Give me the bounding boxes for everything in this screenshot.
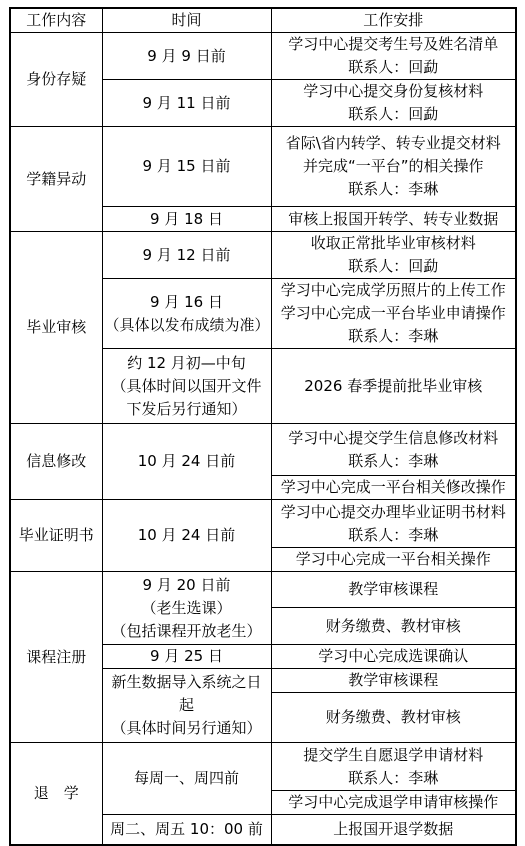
category-cell-info-modification: 信息修改 <box>10 424 102 500</box>
category-cell-identity-doubt: 身份存疑 <box>10 33 102 127</box>
category-cell-graduation-review: 毕业审核 <box>10 232 102 424</box>
time-cell: 9 月 16 日 （具体以发布成绩为准） <box>102 279 271 349</box>
time-cell: 9 月 18 日 <box>102 207 271 232</box>
task-cell: 上报国开退学数据 <box>271 815 516 845</box>
work-schedule-table: 工作内容 时间 工作安排 身份存疑 9 月 9 日前 学习中心提交考生号及姓名清… <box>9 7 517 846</box>
task-cell: 省际\省内转学、转专业提交材料 并完成“一平台”的相关操作 联系人：李琳 <box>271 127 516 207</box>
table-row: 退 学 每周一、周四前 提交学生自愿退学申请材料 联系人：李琳 <box>10 743 516 791</box>
table-row: 身份存疑 9 月 9 日前 学习中心提交考生号及姓名清单 联系人：回勐 <box>10 33 516 80</box>
task-cell: 学习中心提交考生号及姓名清单 联系人：回勐 <box>271 33 516 80</box>
task-cell: 财务缴费、教材审核 <box>271 608 516 645</box>
table-body: 工作内容 时间 工作安排 身份存疑 9 月 9 日前 学习中心提交考生号及姓名清… <box>10 8 516 845</box>
task-cell: 学习中心提交身份复核材料 联系人：回勐 <box>271 80 516 127</box>
header-cell-work-content: 工作内容 <box>10 8 102 33</box>
task-cell: 学习中心提交办理毕业证明书材料 联系人：李琳 <box>271 500 516 548</box>
time-cell: 约 12 月初—中旬 （具体时间以国开文件 下发后另行通知） <box>102 349 271 424</box>
table-header-row: 工作内容 时间 工作安排 <box>10 8 516 33</box>
time-cell: 10 月 24 日前 <box>102 500 271 572</box>
task-cell: 2026 春季提前批毕业审核 <box>271 349 516 424</box>
category-cell-withdrawal: 退 学 <box>10 743 102 845</box>
task-cell: 学习中心完成退学申请审核操作 <box>271 791 516 815</box>
task-cell: 学习中心完成一平台相关修改操作 <box>271 476 516 500</box>
time-cell: 新生数据导入系统之日 起 （具体时间另行通知） <box>102 669 271 743</box>
table-row: 毕业证明书 10 月 24 日前 学习中心提交办理毕业证明书材料 联系人：李琳 <box>10 500 516 548</box>
table-row: 学籍异动 9 月 15 日前 省际\省内转学、转专业提交材料 并完成“一平台”的… <box>10 127 516 207</box>
task-cell: 学习中心完成学历照片的上传工作 学习中心完成一平台毕业申请操作 联系人：李琳 <box>271 279 516 349</box>
time-cell: 9 月 9 日前 <box>102 33 271 80</box>
task-cell: 教学审核课程 <box>271 669 516 693</box>
task-cell: 收取正常批毕业审核材料 联系人：回勐 <box>271 232 516 279</box>
time-cell: 周二、周五 10：00 前 <box>102 815 271 845</box>
task-cell: 提交学生自愿退学申请材料 联系人：李琳 <box>271 743 516 791</box>
time-cell: 9 月 20 日前 （老生选课） （包括课程开放老生） <box>102 572 271 645</box>
task-cell: 学习中心提交学生信息修改材料 联系人：李琳 <box>271 424 516 476</box>
category-cell-status-change: 学籍异动 <box>10 127 102 232</box>
category-cell-course-registration: 课程注册 <box>10 572 102 743</box>
table-row: 课程注册 9 月 20 日前 （老生选课） （包括课程开放老生） 教学审核课程 <box>10 572 516 608</box>
task-cell: 教学审核课程 <box>271 572 516 608</box>
time-cell: 9 月 15 日前 <box>102 127 271 207</box>
header-cell-arrangement: 工作安排 <box>271 8 516 33</box>
time-cell: 9 月 25 日 <box>102 645 271 669</box>
task-cell: 学习中心完成一平台相关操作 <box>271 548 516 572</box>
task-cell: 学习中心完成选课确认 <box>271 645 516 669</box>
header-cell-time: 时间 <box>102 8 271 33</box>
table-row: 毕业审核 9 月 12 日前 收取正常批毕业审核材料 联系人：回勐 <box>10 232 516 279</box>
category-cell-graduation-certificate: 毕业证明书 <box>10 500 102 572</box>
time-cell: 每周一、周四前 <box>102 743 271 815</box>
time-cell: 10 月 24 日前 <box>102 424 271 500</box>
task-cell: 财务缴费、教材审核 <box>271 693 516 743</box>
task-cell: 审核上报国开转学、转专业数据 <box>271 207 516 232</box>
time-cell: 9 月 12 日前 <box>102 232 271 279</box>
document-page: 工作内容 时间 工作安排 身份存疑 9 月 9 日前 学习中心提交考生号及姓名清… <box>0 0 525 838</box>
time-cell: 9 月 11 日前 <box>102 80 271 127</box>
table-row: 信息修改 10 月 24 日前 学习中心提交学生信息修改材料 联系人：李琳 <box>10 424 516 476</box>
